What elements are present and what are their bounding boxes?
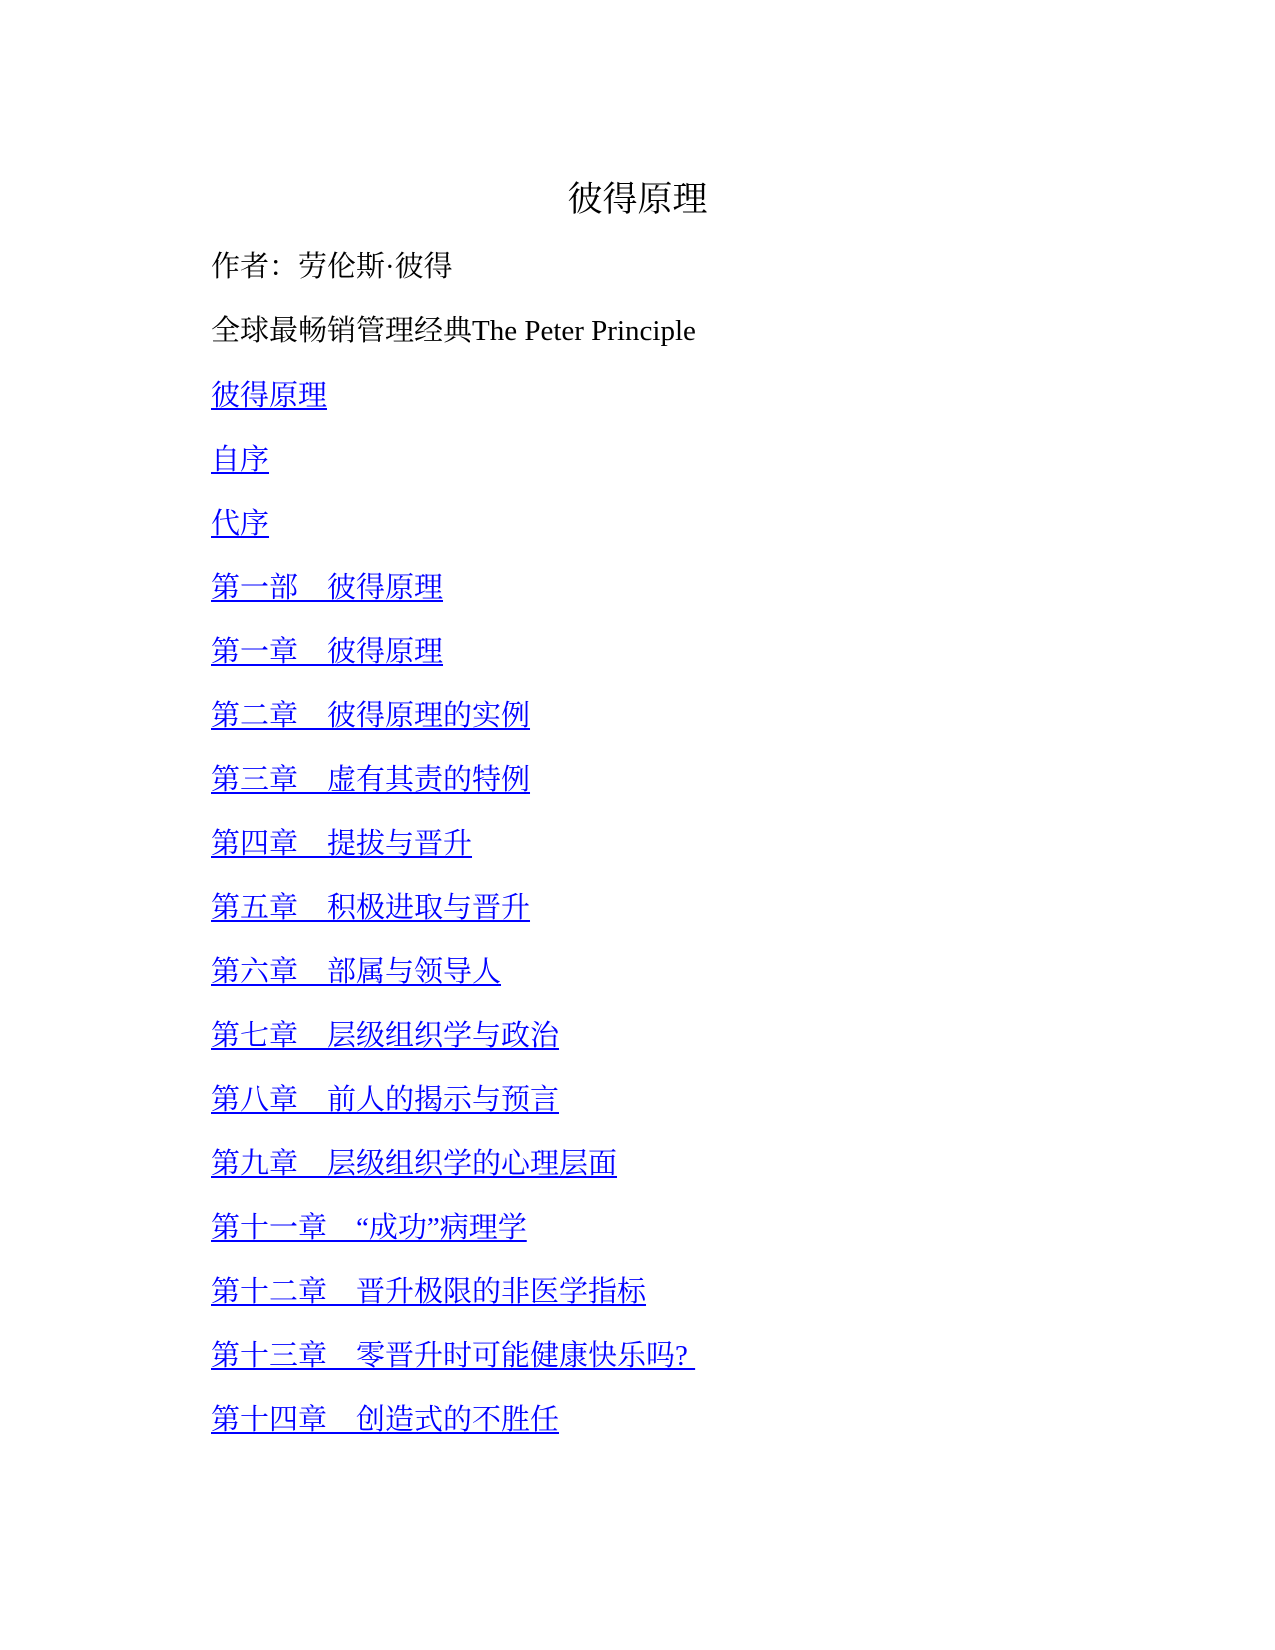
toc-link-chapter-14[interactable]: 第十四章 创造式的不胜任 — [211, 1404, 559, 1436]
subtitle-line: 全球最畅销管理经典The Peter Principle — [211, 312, 696, 350]
toc-link-chapter-7[interactable]: 第七章 层级组织学与政治 — [211, 1020, 559, 1052]
toc-link-chapter-5[interactable]: 第五章 积极进取与晋升 — [211, 892, 530, 924]
toc-link-chapter-4[interactable]: 第四章 提拔与晋升 — [211, 828, 472, 860]
toc-link-part-1[interactable]: 第一部 彼得原理 — [211, 572, 443, 604]
toc-link-chapter-13[interactable]: 第十三章 零晋升时可能健康快乐吗? — [211, 1340, 695, 1372]
toc-link-chapter-1[interactable]: 第一章 彼得原理 — [211, 636, 443, 668]
toc-link-foreword[interactable]: 代序 — [211, 508, 269, 540]
toc-link-chapter-6[interactable]: 第六章 部属与领导人 — [211, 956, 501, 988]
toc-link-chapter-9[interactable]: 第九章 层级组织学的心理层面 — [211, 1148, 617, 1180]
toc-link-chapter-2[interactable]: 第二章 彼得原理的实例 — [211, 700, 530, 732]
toc-link-chapter-3[interactable]: 第三章 虚有其责的特例 — [211, 764, 530, 796]
toc-link-chapter-8[interactable]: 第八章 前人的揭示与预言 — [211, 1084, 559, 1116]
document-title: 彼得原理 — [0, 178, 1275, 222]
toc-link-chapter-12[interactable]: 第十二章 晋升极限的非医学指标 — [211, 1276, 646, 1308]
toc-link-chapter-11[interactable]: 第十一章 “成功”病理学 — [211, 1212, 527, 1244]
toc-link-peter-principle[interactable]: 彼得原理 — [211, 380, 327, 412]
toc-link-preface[interactable]: 自序 — [211, 444, 269, 476]
author-line: 作者：劳伦斯·彼得 — [211, 248, 453, 286]
